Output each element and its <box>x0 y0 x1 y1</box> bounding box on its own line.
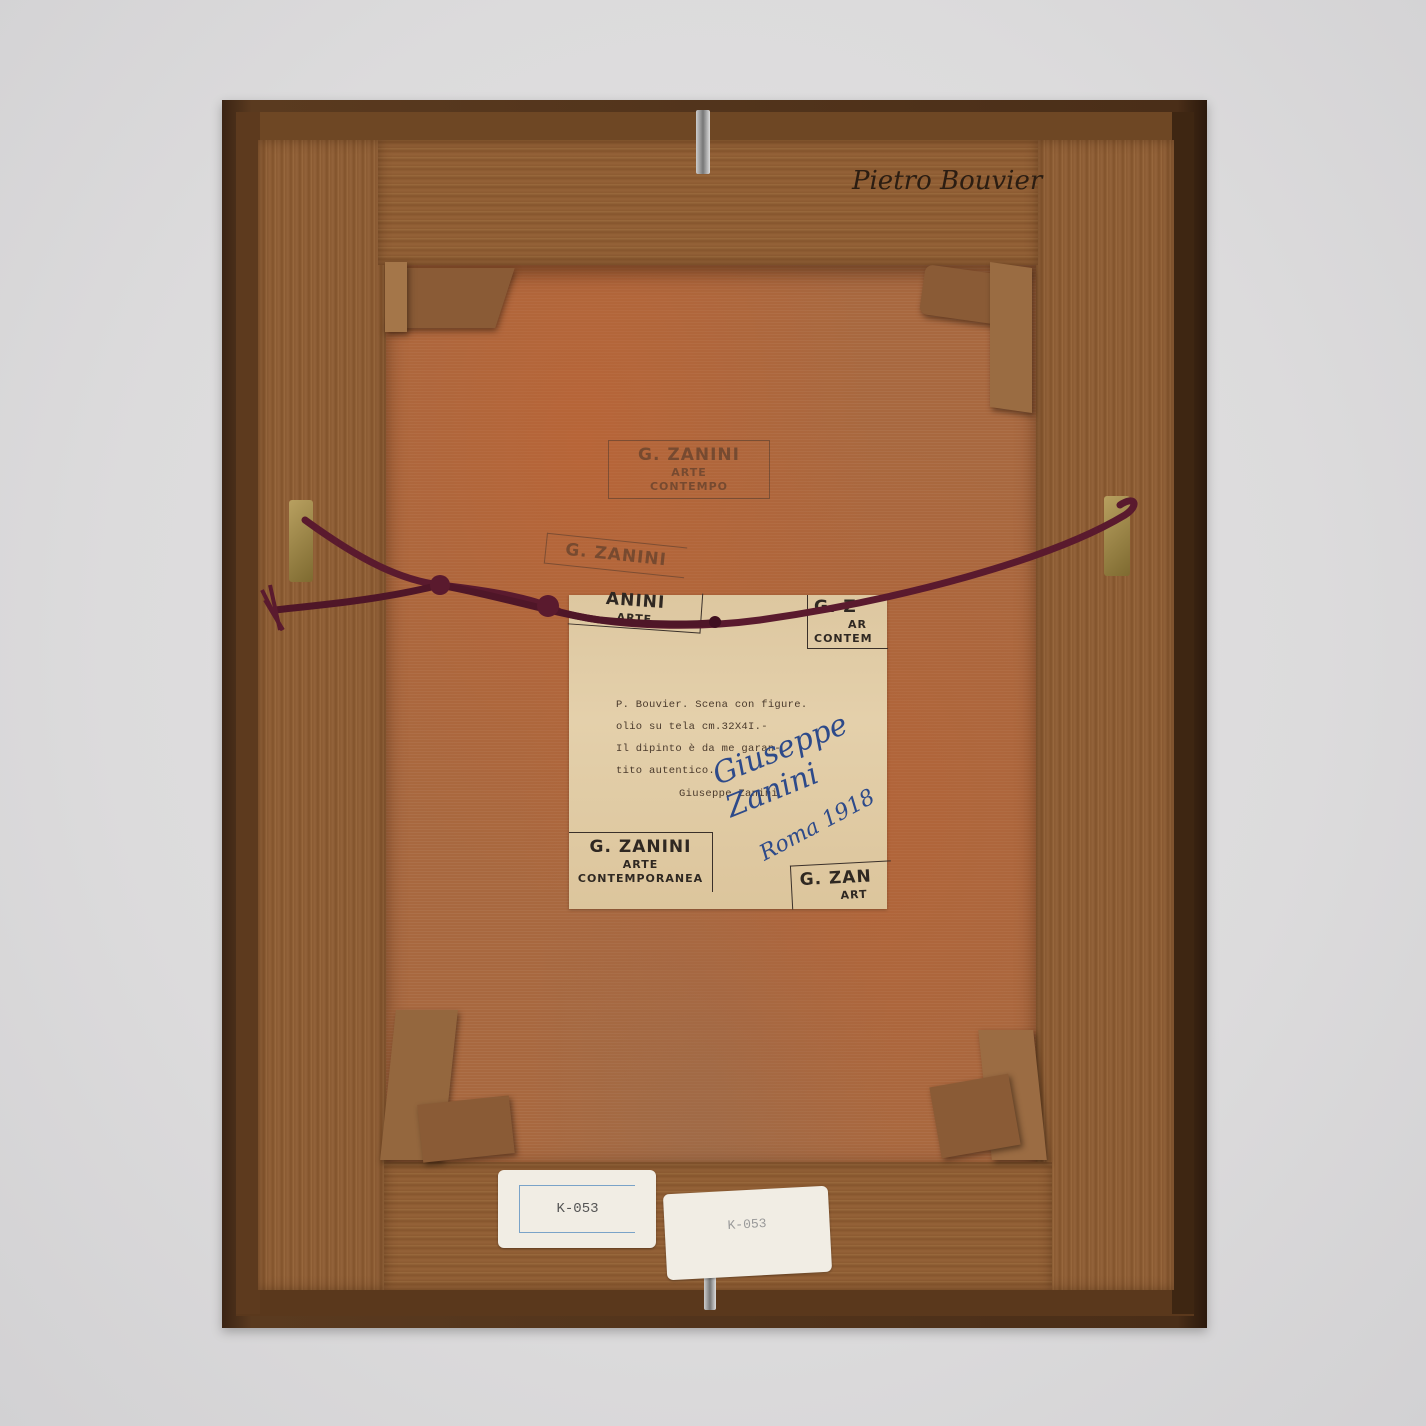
inventory-sticker-1: K-053 <box>498 1170 656 1248</box>
inventory-sticker-2: K-053 <box>663 1186 832 1281</box>
cord-knot-2 <box>537 595 559 617</box>
cord-knot-1 <box>430 575 450 595</box>
hanger-top <box>696 110 710 174</box>
